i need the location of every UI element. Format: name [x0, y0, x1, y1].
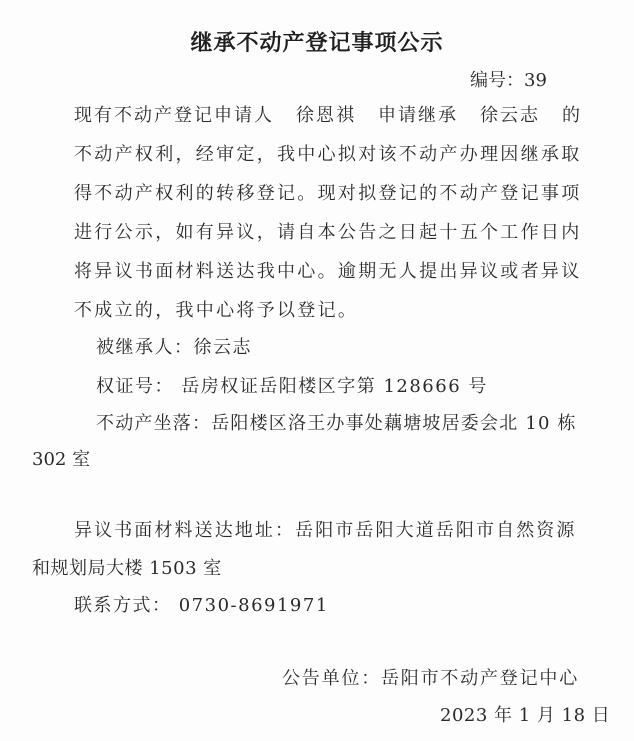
- issuer: 公告单位：岳阳市不动产登记中心: [282, 667, 579, 691]
- body-line-3: 进行公示，如有异议，请自本公告之日起十五个工作日内: [74, 221, 582, 245]
- document-title: 继承不动产登记事项公示: [0, 26, 634, 57]
- certificate-field: 权证号： 岳房权证岳阳楼区字第 128666 号: [96, 375, 488, 399]
- applicant-name: 徐恩祺: [296, 105, 356, 126]
- body-line-1: 不动产权利，经审定，我中心拟对该不动产办理因继承取: [74, 143, 582, 167]
- inherit-text: 申请继承: [378, 105, 458, 126]
- location-field-line2: 302 室: [32, 448, 90, 472]
- contact-field: 联系方式： 0730-8691971: [74, 594, 329, 618]
- objection-address-line1: 异议书面材料送达地址：岳阳市岳阳大道岳阳市自然资源: [74, 519, 577, 543]
- de-particle: 的: [562, 105, 582, 126]
- issue-date: 2023 年 1 月 18 日: [440, 704, 610, 728]
- location-field-line1: 不动产坐落：岳阳楼区洛王办事处藕塘坡居委会北 10 栋: [96, 412, 577, 436]
- body-line-5: 不成立的，我中心将予以登记。: [74, 299, 358, 323]
- decedent-field: 被继承人：徐云志: [96, 336, 252, 360]
- body-line-4: 将异议书面材料送达我中心。逾期无人提出异议或者异议: [74, 260, 582, 284]
- notice-number: 编号：39: [470, 66, 547, 92]
- decedent-name: 徐云志: [480, 105, 540, 126]
- body-line-2: 得不动产权利的转移登记。现对拟登记的不动产登记事项: [74, 182, 582, 206]
- notice-page: 继承不动产登记事项公示 编号：39 现有不动产登记申请人徐恩祺申请继承徐云志的 …: [0, 0, 634, 741]
- intro-line: 现有不动产登记申请人徐恩祺申请继承徐云志的: [74, 104, 582, 128]
- objection-address-line2: 和规划局大楼 1503 室: [32, 557, 222, 581]
- intro-text: 现有不动产登记申请人: [74, 105, 274, 126]
